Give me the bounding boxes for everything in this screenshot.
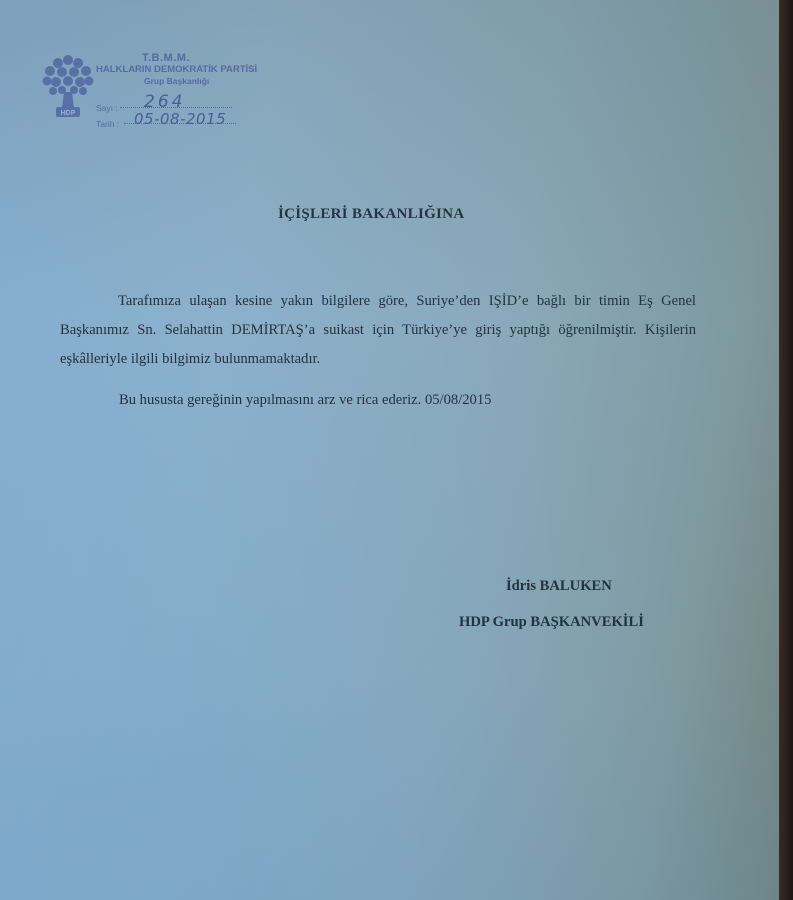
stamp-office: Grup Başkanlığı <box>144 76 209 86</box>
page-edge-shadow <box>779 0 793 900</box>
stamp-party: HALKLARIN DEMOKRATİK PARTİSİ <box>96 64 257 75</box>
signatory-name: İdris BALUKEN <box>506 578 612 595</box>
body-paragraph: Tarafımıza ulaşan kesine yakın bilgilere… <box>60 287 696 374</box>
signatory-title: HDP Grup BAŞKANVEKİLİ <box>459 614 644 631</box>
addressee-heading: İÇİŞLERİ BAKANLIĞINA <box>278 206 464 223</box>
document-page: HDP T.B.M.M. HALKLARIN DEMOKRATİK PARTİS… <box>0 0 781 900</box>
svg-text:HDP: HDP <box>61 110 76 117</box>
stamp-date-label: Tarih : <box>96 119 119 129</box>
stamp-institution: T.B.M.M. <box>142 52 190 64</box>
stamp-date-value: 05-08-2015 <box>134 110 226 128</box>
hdp-tree-logo-icon: HDP <box>40 52 96 118</box>
official-stamp: HDP T.B.M.M. HALKLARIN DEMOKRATİK PARTİS… <box>38 50 278 135</box>
stamp-number-value: 264 <box>144 92 185 112</box>
stamp-number-label: Sayı : <box>96 103 118 113</box>
closing-line: Bu hususta gereğinin yapılmasını arz ve … <box>119 392 491 409</box>
